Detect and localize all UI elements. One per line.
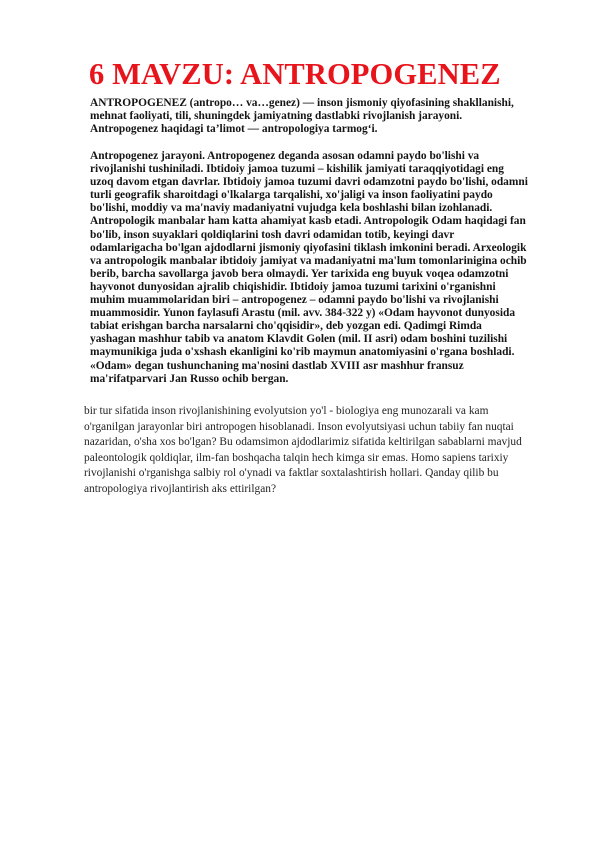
main-line: berib, barcha savollarga javob bera olma… [90, 268, 528, 281]
main-line: rivojlanishi tushiniladi. Ibtidoiy jamoa… [90, 163, 528, 176]
main-line: maymunikiga juda o'xshash ekanligini ko'… [90, 346, 528, 359]
intro-line: Antropogenez haqidagi ta’limot — antropo… [90, 123, 514, 136]
closing-paragraph: bir tur sifatida inson rivojlanishining … [84, 404, 522, 497]
main-line: tabiat erishgan barcha narsalarni cho'qq… [90, 320, 528, 333]
main-line: odamlarigacha bo'lgan ajdodlarni jismoni… [90, 242, 528, 255]
main-line: bo'lib, inson suyaklari qoldiqlarini tos… [90, 229, 528, 242]
intro-line: mehnat faoliyati, tili, shuningdek jamiy… [90, 110, 514, 123]
closing-line: nazaridan, o'sha xos bo'lgan? Bu odamsim… [84, 435, 522, 451]
main-line: Antropogenez jarayoni. Antropogenez dega… [90, 150, 528, 163]
page-title: 6 MAVZU: ANTROPOGENEZ [89, 57, 501, 92]
main-line: bo'lishi, moddiy va ma'naviy madaniyatni… [90, 202, 528, 215]
closing-line: rivojlanishi o'rganishga salbiy rol o'yn… [84, 466, 522, 482]
document-page: 6 MAVZU: ANTROPOGENEZ ANTROPOGENEZ (antr… [0, 0, 596, 842]
main-line: ma'rifatparvari Jan Russo ochib bergan. [90, 373, 528, 386]
main-line: muammosidir. Yunon faylasufi Arastu (mil… [90, 307, 528, 320]
main-line: Antropologik manbalar ham katta ahamiyat… [90, 215, 528, 228]
main-line: muhim muammolaridan biri – antropogenez … [90, 294, 528, 307]
intro-line: ANTROPOGENEZ (antropo… va…genez) — inson… [90, 97, 514, 110]
closing-line: o'rganilgan jarayonlar biri antropogen h… [84, 420, 522, 436]
main-line: uzoq davom etgan davrlar. Ibtidoiy jamoa… [90, 176, 528, 189]
intro-paragraph: ANTROPOGENEZ (antropo… va…genez) — inson… [90, 97, 514, 136]
main-line: «Odam» degan tushunchaning ma'nosini das… [90, 360, 528, 373]
closing-line: bir tur sifatida inson rivojlanishining … [84, 404, 522, 420]
main-paragraph: Antropogenez jarayoni. Antropogenez dega… [90, 150, 528, 386]
main-line: turli geografik sharoitdagi o'lkalarga t… [90, 189, 528, 202]
main-line: va antropologik manbalar ibtidoiy jamiya… [90, 255, 528, 268]
main-line: yashagan mashhur tabib va anatom Klavdit… [90, 333, 528, 346]
main-line: hayvonot dunyosidan ajralib chiqishidir.… [90, 281, 528, 294]
closing-line: paleontologik qoldiqlar, ilm-fan boshqac… [84, 451, 522, 467]
closing-line: antropologiya rivojlantirish aks ettiril… [84, 482, 522, 498]
